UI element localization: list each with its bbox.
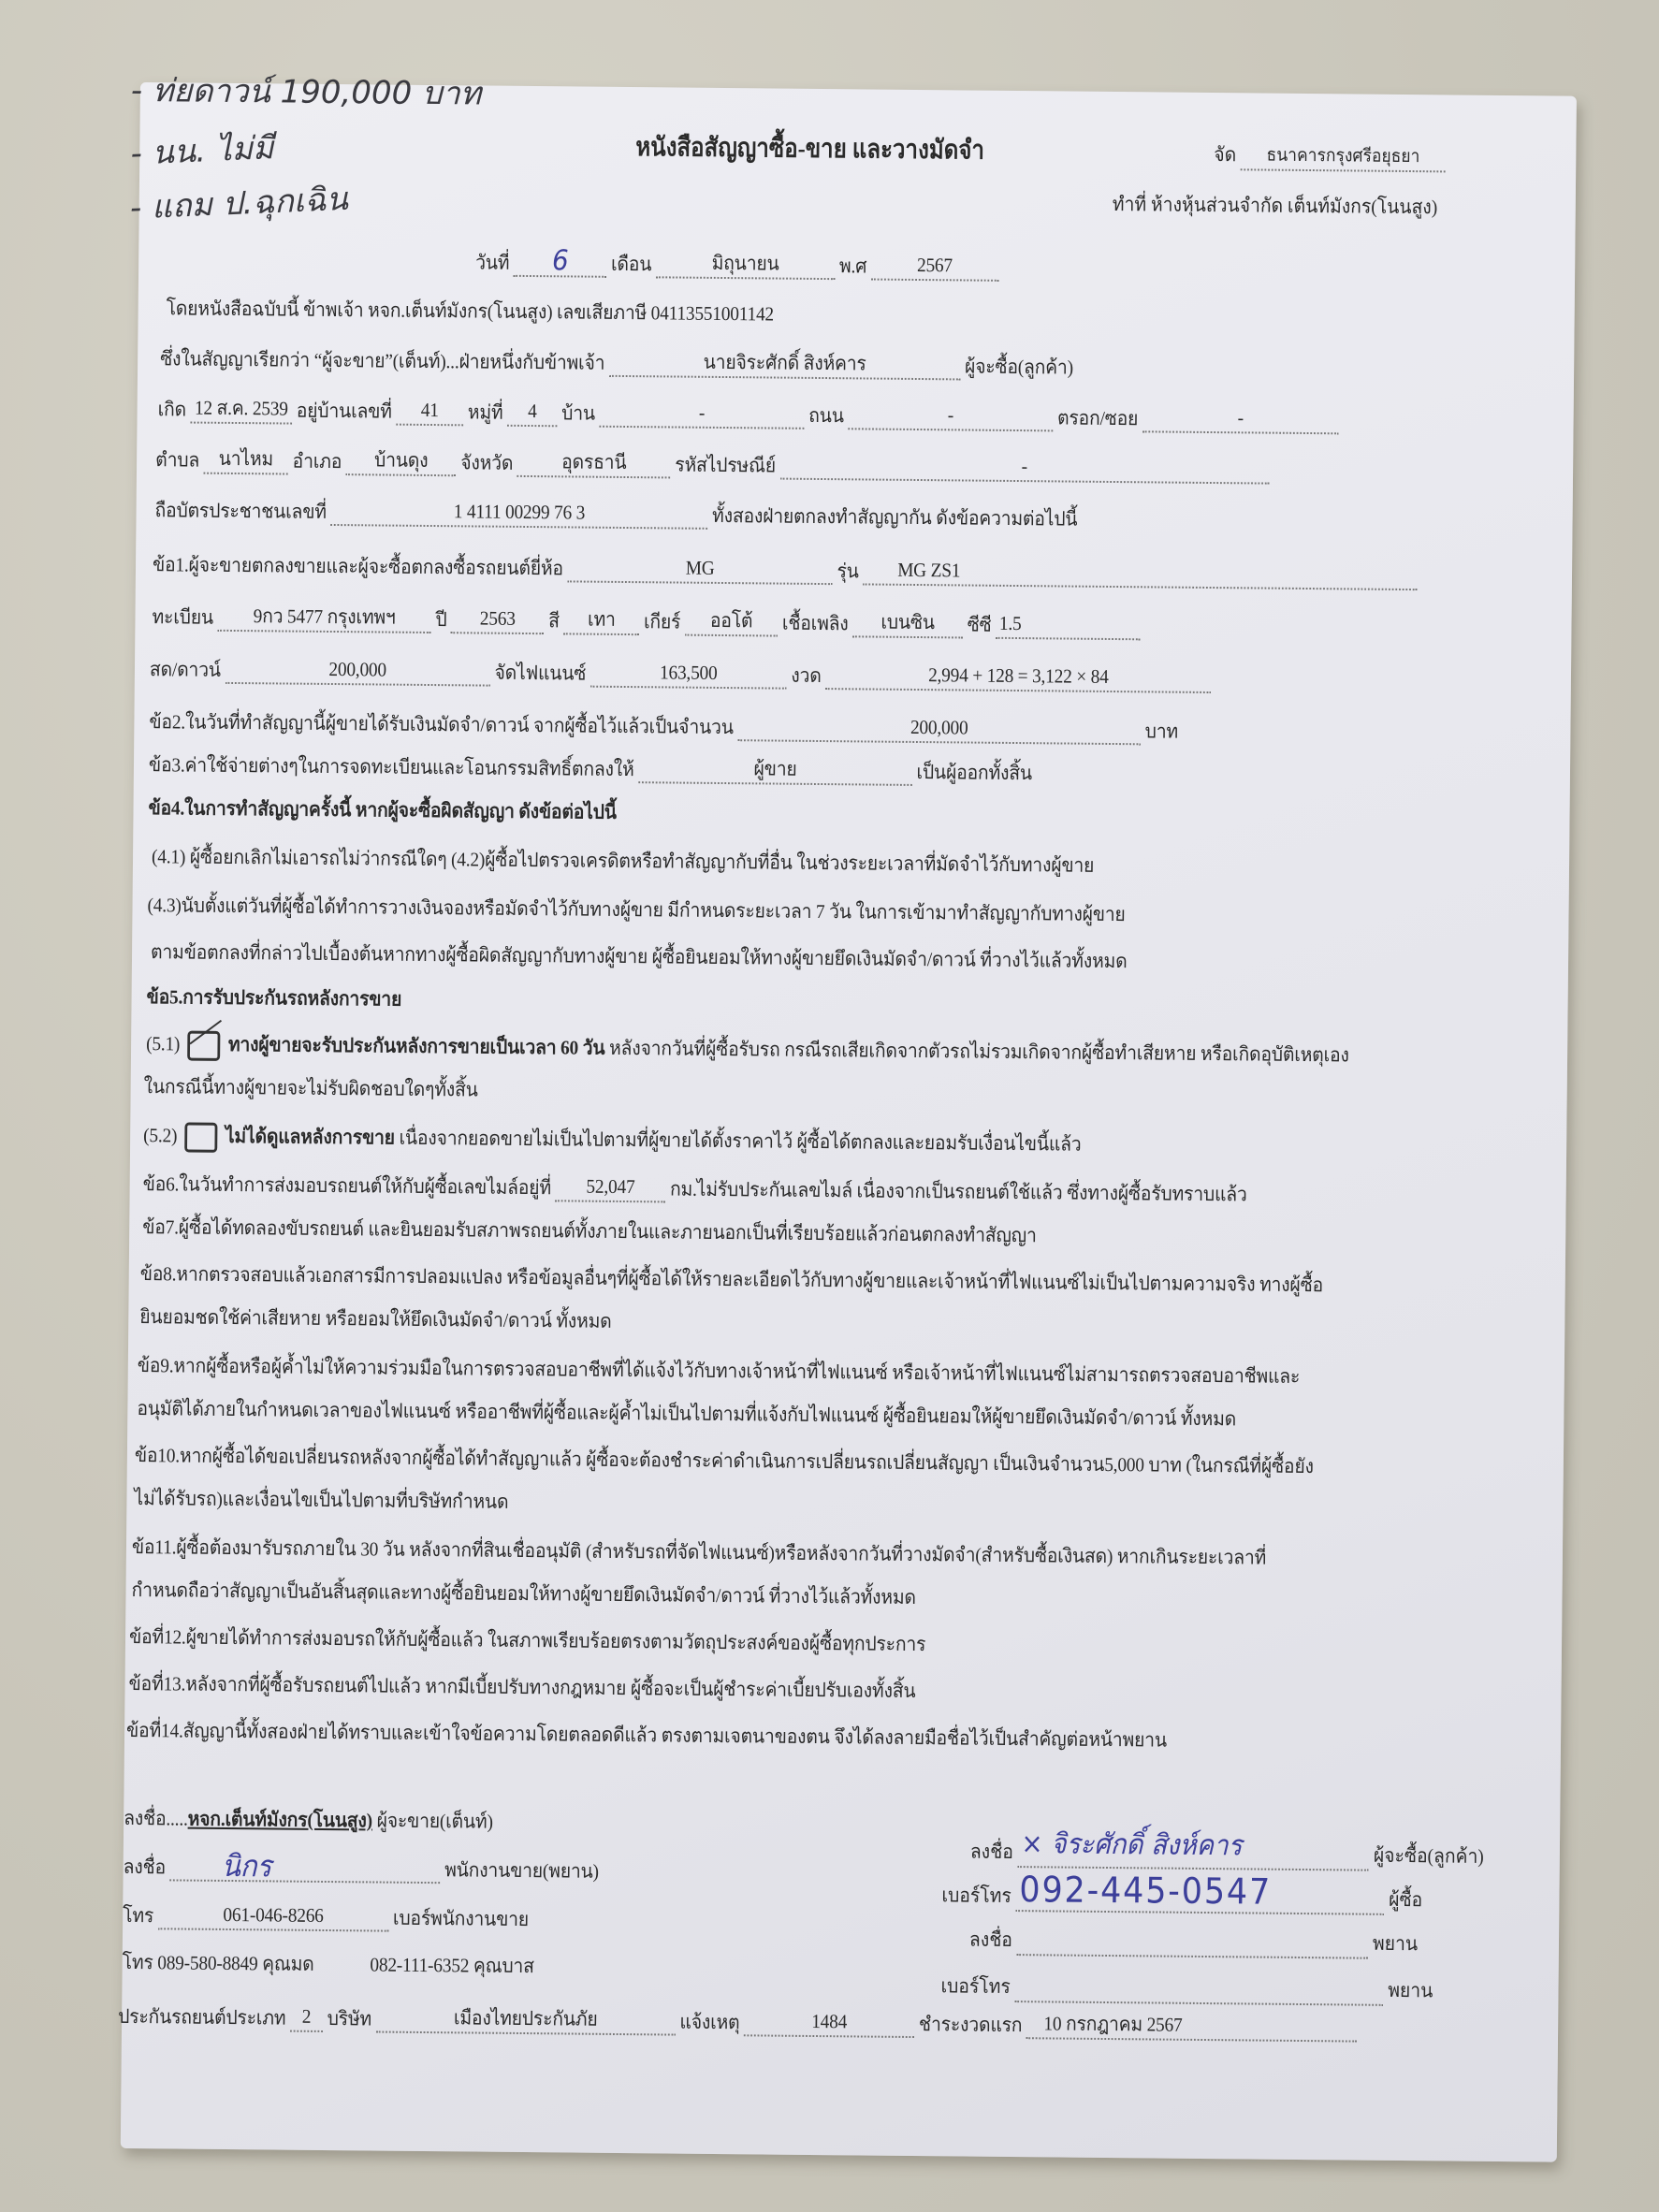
- clause5-1-number: (5.1): [146, 1032, 180, 1055]
- no-after-sales-checkbox[interactable]: [184, 1123, 217, 1153]
- contact-mod: โทร 089-580-8849 คุณมด: [123, 1951, 314, 1975]
- address-line: เกิด 12 ส.ค. 2539 อยู่บ้านเลขที่ 41 หมู่…: [158, 393, 1461, 435]
- seller-role: ผู้จะขาย(เต็นท์): [377, 1810, 493, 1833]
- clause2-value: 200,000: [737, 711, 1141, 745]
- clause5-2: (5.2) ไม่ได้ดูแลหลังการขาย เนื่องจากยอดข…: [143, 1121, 1453, 1165]
- installment-label: งวด: [791, 664, 822, 687]
- clause3-line: ข้อ3.ค่าใช้จ่ายต่างๆในการจดทะเบียนและโอน…: [149, 749, 1457, 791]
- buyer-signature: × จิระศักดิ์ สิงห์คาร: [1018, 1822, 1370, 1871]
- insurance-company-label: บริษัท: [327, 2007, 372, 2030]
- seller-name: หจก.เต็นท์มังกร(โนนสูง): [188, 1808, 373, 1832]
- postcode-label: รหัสไปรษณีย์: [675, 454, 776, 477]
- year-value: 2567: [871, 251, 998, 282]
- clause4-3b: ตามข้อตกลงที่กล่าวไปเบื้องต้นหากทางผู้ซื…: [151, 938, 1455, 978]
- cc-label: ซีซี: [968, 614, 992, 636]
- village-value: -: [599, 398, 804, 429]
- witness-phone-blank: [1015, 1976, 1384, 2006]
- insurance-type-label: ประกันรถยนต์ประเภท: [118, 2005, 285, 2030]
- buyer-role: ผู้จะซื้อ(ลูกค้า): [1374, 1844, 1484, 1868]
- vehicle-year-label: ปี: [435, 608, 446, 631]
- clause5-1-bold: ทางผู้ขายจะรับประกันหลังการขายเป็นเวลา 6…: [228, 1033, 605, 1059]
- id-suffix: ทั้งสองฝ่ายตกลงทำสัญญากัน ดังข้อความต่อไ…: [712, 504, 1078, 531]
- clause1-label: ข้อ1.ผู้จะขายตกลงขายและผู้จะซื้อตกลงซื้อ…: [153, 553, 563, 579]
- soi-label: ตรอก/ซอย: [1057, 406, 1138, 429]
- plate-value: 9กว 5477 กรุงเทพฯ: [217, 602, 430, 633]
- clause6-line: ข้อ6.ในวันทำการส่งมอบรถยนต์ให้กับผู้ซื้อ…: [143, 1168, 1453, 1210]
- day-label: วันที่: [475, 251, 509, 273]
- fuel-label: เชื้อเพลิง: [782, 612, 849, 635]
- buyer-name: นายจิระศักดิ์ สิงห์คาร: [609, 347, 961, 381]
- gear-label: เกียร์: [644, 610, 681, 633]
- clause13: ข้อที่13.หลังจากที่ผู้ซื้อรับรถยนต์ไปแล้…: [128, 1669, 1447, 1710]
- buyer-sign-label: ลงชื่อ: [970, 1841, 1013, 1863]
- buyer-label: ผู้จะซื้อ(ลูกค้า): [965, 355, 1073, 378]
- finance-label: จัดไฟแนนซ์: [494, 662, 586, 685]
- staff-phone-value: 061-046-8266: [158, 1899, 389, 1931]
- clause10a: ข้อ10.หากผู้ซื้อได้ขอเปลี่ยนรถหลังจากผู้…: [135, 1441, 1449, 1481]
- down-label: สด/ดาวน์: [150, 658, 221, 681]
- clause4-title: ข้อ4.ในการทำสัญญาครั้งนี้ หากผู้จะซื้อผิ…: [148, 793, 1456, 834]
- insurance-line: ประกันรถยนต์ประเภท 2 บริษัท เมืองไทยประก…: [118, 2001, 1443, 2044]
- warranty-60-days-checkbox[interactable]: [187, 1031, 220, 1061]
- moo-label: หมู่ที่: [468, 400, 503, 423]
- staff-role: พนักงานขาย(พยาน): [444, 1858, 599, 1883]
- house-no-label: อยู่บ้านเลขที่: [297, 400, 392, 423]
- clause14: ข้อที่14.สัญญานี้ทั้งสองฝ่ายได้ทราบและเข…: [126, 1716, 1447, 1757]
- document-title: หนังสือสัญญาซื้อ-ขาย และวางมัดจำ: [635, 126, 984, 171]
- clause9a: ข้อ9.หากผู้ซื้อหรือผู้ค้ำไม่ให้ความร่วมม…: [138, 1351, 1450, 1391]
- clause5-2-number: (5.2): [143, 1124, 177, 1146]
- clause8a: ข้อ8.หากตรวจสอบแล้วเอกสารมีการปลอมแปลง ห…: [140, 1259, 1451, 1300]
- brand-value: MG: [567, 552, 833, 585]
- clause11a: ข้อ11.ผู้ซื้อต้องมารับรถภายใน 30 วัน หลั…: [132, 1533, 1448, 1574]
- clause1-line: ข้อ1.ผู้จะขายตกลงขายและผู้จะซื้อตกลงซื้อ…: [153, 548, 1459, 590]
- witness-phone-role: พยาน: [1388, 1979, 1433, 2001]
- model-value: MG ZS1: [863, 555, 1418, 590]
- buyer-line: ซึ่งในสัญญาเรียกว่า “ผู้จะขาย”(เต็นท์)..…: [160, 342, 1461, 385]
- buyer-phone-role: ผู้ซื้อ: [1389, 1888, 1422, 1911]
- clause3-label: ข้อ3.ค่าใช้จ่ายต่างๆในการจดทะเบียนและโอน…: [149, 753, 634, 780]
- clause7: ข้อ7.ผู้ซื้อได้ทดลองขับรถยนต์ และยินยอมร…: [142, 1213, 1452, 1253]
- model-label: รุ่น: [837, 560, 858, 582]
- clause5-1-text: หลังจากวันที่ผู้ซื้อรับรถ กรณีรถเสียเกิด…: [609, 1037, 1349, 1067]
- clause2-label: ข้อ2.ในวันที่ทำสัญญานี้ผู้ขายได้รับเงินม…: [149, 710, 734, 738]
- fuel-value: เบนซิน: [852, 607, 963, 638]
- clause3-value: ผู้ขาย: [638, 753, 912, 786]
- plate-label: ทะเบียน: [152, 605, 213, 629]
- witness-phone-label: เบอร์โทร: [940, 1974, 1011, 1998]
- insurance-type-value: 2: [290, 2002, 323, 2032]
- color-label: สี: [548, 609, 560, 632]
- plate-line: ทะเบียน 9กว 5477 กรุงเทพฯ ปี 2563 สี เทา…: [152, 601, 1458, 643]
- soi-value: -: [1142, 402, 1339, 434]
- clause6-label: ข้อ6.ในวันทำการส่งมอบรถยนต์ให้กับผู้ซื้อ…: [143, 1172, 551, 1199]
- clause4-1: (4.1) ผู้ซื้อยกเลิกไม่เอารถไม่ว่ากรณีใดๆ…: [152, 842, 1456, 882]
- province-label: จังหวัด: [460, 451, 513, 474]
- mileage-value: 52,047: [555, 1171, 665, 1202]
- clause2-unit: บาท: [1145, 720, 1179, 742]
- witness-phone-line: เบอร์โทร พยาน: [940, 1971, 1433, 2006]
- staff-sign-label: ลงชื่อ: [124, 1855, 166, 1878]
- witness-signature-blank: [1017, 1929, 1369, 1959]
- handwritten-note-down-payment: - ท่ยดาวน์ 190,000 บาท: [131, 64, 482, 122]
- day-value: 6: [514, 247, 607, 278]
- vehicle-year-value: 2563: [451, 604, 545, 634]
- first-payment-value: 10 กรกฎาคม 2567: [1026, 2009, 1358, 2042]
- payment-line: สด/ดาวน์ 200,000 จัดไฟแนนซ์ 163,500 งวด …: [150, 653, 1458, 695]
- bank-label: จัด: [1214, 143, 1236, 166]
- clause3-suffix: เป็นผู้ออกทั้งสิ้น: [916, 761, 1032, 784]
- clause9b: อนุมัติได้ภายในกำหนดเวลาของไฟแนนซ์ หรืออ…: [137, 1394, 1449, 1434]
- contact-bas: 082-111-6352 คุณบาส: [370, 1953, 534, 1977]
- amphoe-label: อำเภอ: [292, 450, 342, 473]
- id-value: 1 4111 00299 76 3: [330, 496, 707, 530]
- bank-field: จัด ธนาคารกรุงศรีอยุธยา: [1214, 139, 1446, 172]
- clause5-2-text: เนื่องจากยอดขายไม่เป็นไปตามที่ผู้ขายได้ต…: [399, 1127, 1081, 1156]
- clause10b: ไม่ได้รับรถ)และเงื่อนไขเป็นไปตามที่บริษั…: [134, 1484, 1448, 1524]
- staff-phone-role: เบอร์พนักงานขาย: [393, 1907, 529, 1930]
- postcode-value: -: [779, 450, 1269, 485]
- color-value: เทา: [563, 604, 639, 635]
- buyer-phone-line: เบอร์โทร 092-445-0547 ผู้ซื้อ: [941, 1868, 1422, 1915]
- bank-value: ธนาคารกรุงศรีอยุธยา: [1241, 140, 1446, 172]
- clause5-title: ข้อ5.การรับประกันรถหลังการขาย: [146, 982, 1454, 1023]
- clause2-line: ข้อ2.ในวันที่ทำสัญญานี้ผู้ขายได้รับเงินม…: [149, 706, 1457, 748]
- clause5-2-bold: ไม่ได้ดูแลหลังการขาย: [226, 1125, 395, 1149]
- cc-value: 1.5: [996, 609, 1141, 640]
- down-value: 200,000: [225, 654, 490, 687]
- seller-line-label: ซึ่งในสัญญาเรียกว่า “ผู้จะขาย”(เต็นท์)..…: [160, 347, 604, 374]
- witness-role: พยาน: [1373, 1932, 1418, 1955]
- house-no-value: 41: [396, 396, 463, 427]
- born-value: 12 ส.ค. 2539: [190, 394, 292, 425]
- born-label: เกิด: [158, 398, 187, 420]
- intro-line: โดยหนังสือฉบับนี้ ข้าพเจ้า หจก.เต็นท์มัง…: [167, 294, 1463, 334]
- clause5-1-cont: ในกรณีนี้ทางผู้ขายจะไม่รับผิดชอบใดๆทั้งส…: [144, 1072, 1454, 1113]
- made-at: ทำที่ ห้างหุ้นส่วนจำกัด เต็นท์มังกร(โนนส…: [1113, 189, 1438, 223]
- clause6-suffix: กม.ไม่รับประกันเลขไมล์ เนื่องจากเป็นรถยน…: [670, 1177, 1247, 1205]
- gear-value: ออโต้: [685, 606, 779, 637]
- village-label: บ้าน: [561, 401, 595, 424]
- witness-sign-label: ลงชื่อ: [969, 1928, 1012, 1951]
- buyer-phone-label: เบอร์โทร: [941, 1884, 1011, 1907]
- road-value: -: [848, 400, 1053, 431]
- date-line: วันที่ 6 เดือน มิถุนายน พ.ศ 2567: [475, 246, 1487, 285]
- clause8b: ยินยอมชดใช้ค่าเสียหาย หรือยอมให้ยึดเงินม…: [139, 1302, 1450, 1343]
- staff-phone-label: โทร: [123, 1904, 153, 1927]
- handwritten-notes: - ท่ยดาวน์ 190,000 บาท - นน. ไม่มี - แถม…: [130, 64, 482, 230]
- district-line: ตำบล นาไหม อำเภอ บ้านดุง จังหวัด อุดรธาน…: [155, 444, 1460, 486]
- amphoe-value: บ้านดุง: [346, 445, 457, 476]
- clause11b: กำหนดถือว่าสัญญาเป็นอันสิ้นสุดและทางผู้ซ…: [131, 1576, 1448, 1617]
- clause4-3a: (4.3)นับตั้งแต่วันที่ผู้ซื้อได้ทำการวางเ…: [147, 891, 1455, 931]
- tambon-label: ตำบล: [155, 448, 199, 471]
- notify-value: 1484: [744, 2006, 914, 2038]
- witness-signature-line: ลงชื่อ พยาน: [969, 1925, 1418, 1960]
- installment-value: 2,994 + 128 = 3,122 × 84: [825, 660, 1211, 693]
- contract-paper: - ท่ยดาวน์ 190,000 บาท - นน. ไม่มี - แถม…: [121, 82, 1577, 2162]
- id-label: ถือบัตรประชาชนเลขที่: [154, 499, 326, 523]
- month-value: มิถุนายน: [656, 248, 836, 280]
- year-label: พ.ศ: [839, 255, 867, 277]
- buyer-signature-line: ลงชื่อ × จิระศักดิ์ สิงห์คาร ผู้จะซื้อ(ล…: [970, 1822, 1484, 1872]
- first-payment-label: ชำระงวดแรก: [919, 2013, 1023, 2036]
- clause5-1: (5.1) ทางผู้ขายจะรับประกันหลังการขายเป็น…: [146, 1029, 1454, 1073]
- road-label: ถนน: [808, 404, 844, 427]
- insurance-company-value: เมืองไทยประกันภัย: [376, 2003, 676, 2036]
- province-value: อุดรธานี: [517, 447, 671, 479]
- month-label: เดือน: [611, 253, 651, 275]
- notify-label: แจ้งเหตุ: [679, 2011, 739, 2034]
- clause12: ข้อที่12.ผู้ขายได้ทำการส่งมอบรถให้กับผู้…: [129, 1623, 1448, 1664]
- tambon-value: นาไหม: [204, 444, 288, 475]
- staff-signature: นิกร: [169, 1851, 440, 1884]
- id-line: ถือบัตรประชาชนเลขที่ 1 4111 00299 76 3 ท…: [154, 494, 1459, 536]
- seller-sign-label: ลงชื่อ.....: [124, 1807, 188, 1830]
- moo-value: 4: [507, 397, 558, 428]
- buyer-phone-value: 092-445-0547: [1015, 1869, 1384, 1915]
- finance-value: 163,500: [590, 658, 787, 690]
